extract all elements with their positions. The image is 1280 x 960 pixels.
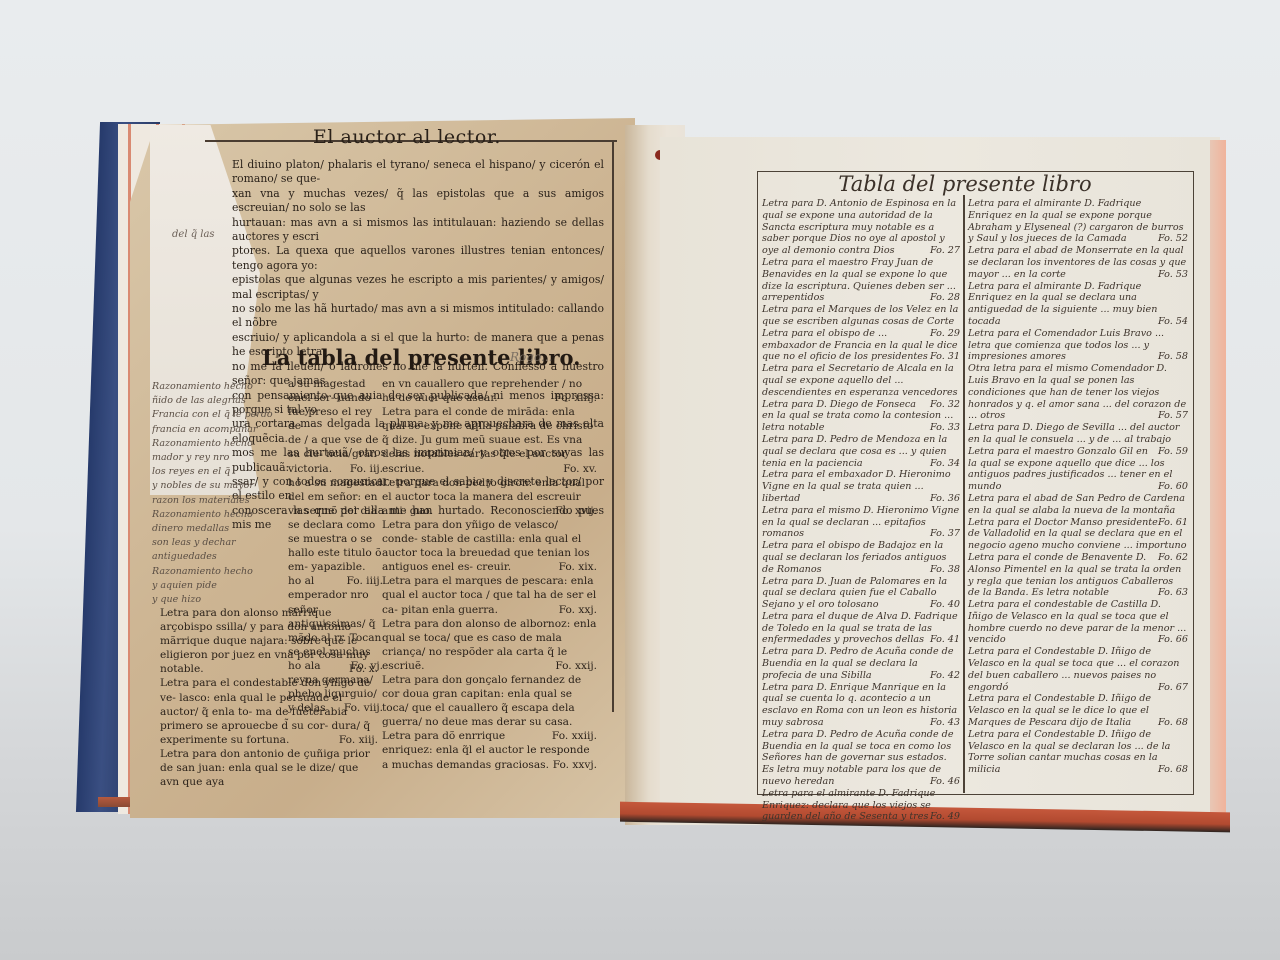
manuscript-column-2: Letra para el almirante D. Fadrique Enri… [968, 198, 1188, 776]
manuscript-entry: Letra para el embaxador D. Hieronimo Vig… [762, 469, 960, 504]
folio-number: Fo. xiij. [339, 733, 378, 747]
manuscript-title: Tabla del presente libro [800, 172, 1130, 196]
handwritten-line: mador y rey nro [152, 451, 287, 465]
handwritten-line: Razonamiento hecho [152, 380, 287, 394]
manuscript-entry: Letra para el Condestable D. Iñigo de Ve… [968, 693, 1188, 728]
manuscript-entry: Letra para el obispo de Badajoz en la qu… [762, 540, 960, 575]
toc-column-2: en vn cauallero que reprehender / no ha … [382, 377, 597, 772]
handwritten-line: los reyes en el q̃ [152, 465, 287, 479]
prologue-line: El diuino platon/ phalaris el tyrano/ se… [232, 158, 604, 187]
folio-number: Fo. 37 [930, 528, 960, 540]
folio-number: Fo. 68 [1158, 764, 1188, 776]
manuscript-entry: Letra para el abad de San Pedro de Carde… [968, 493, 1188, 517]
folio-number: Fo. xxvj. [553, 758, 597, 772]
manuscript-entry: Letra para el Condestable D. Iñigo de Ve… [968, 729, 1188, 776]
margin-note: del q̃ las [172, 229, 215, 240]
folio-number: Fo. 60 [1158, 481, 1188, 493]
folio-number: Fo. iij. [350, 462, 383, 476]
manuscript-entry: Letra para D. Pedro de Acuña conde de Bu… [762, 729, 960, 788]
folio-number: Fo. 67 [1158, 682, 1188, 694]
folio-number: Fo. 34 [930, 458, 960, 470]
manuscript-entry: Letra para el almirante D. Fadrique Enri… [968, 281, 1188, 328]
manuscript-entry: Letra para el almirante D. Fadrique Enri… [762, 788, 960, 823]
toc-entry: a su magestad enel ser- uando fue preso … [288, 377, 383, 433]
toc-entry: Letra para el conde de mirãda: enla qual… [382, 405, 597, 475]
handwritten-line: y aquien pide [152, 579, 287, 593]
folio-number: Fo. x. [349, 662, 378, 676]
toc-entry: Letra para don alonso mãrrique arçobispo… [160, 606, 378, 676]
folio-number: Fo. 28 [930, 292, 960, 304]
manuscript-entry: Otra letra para el mismo Comendador D. L… [968, 363, 1188, 422]
handwritten-line: son leas y dechar [152, 536, 287, 550]
folio-number: Fo. 54 [1158, 316, 1188, 328]
handwritten-line: y nobles de su mayor [152, 479, 287, 493]
toc-entry: Letra para el condestable don yñigo de v… [160, 676, 378, 746]
folio-number: Fo. 42 [930, 670, 960, 682]
toc-entry: en vn cauallero que reprehender / no ha … [382, 377, 597, 405]
manuscript-entry: Letra para el almirante D. Fadrique Enri… [968, 198, 1188, 245]
folio-number: Fo. 36 [930, 493, 960, 505]
folio-number: Fo. 49 [930, 811, 960, 823]
folio-number: Fo. 62 [1158, 552, 1188, 564]
heading-handwritten-note: Rogo... [510, 350, 552, 364]
folio-number: Fo. 66 [1158, 634, 1188, 646]
toc-entry: Letra para don alonso de albornoz: enla … [382, 617, 597, 673]
toc-column-1-lower: Letra para don alonso mãrrique arçobispo… [160, 606, 378, 789]
folio-number: Fo. xxij. [555, 659, 597, 673]
handwritten-line: francia en acompañar [152, 423, 287, 437]
manuscript-entry: Letra para D. Pedro de Mendoza en la qua… [762, 434, 960, 469]
open-book: del q̃ las El auctor al lector. El diuin… [0, 0, 1280, 960]
folio-number: Fo. 40 [930, 599, 960, 611]
handwritten-line: Razonamiento hecho [152, 437, 287, 451]
toc-entry: Letra para don yñigo de velasco/ conde- … [382, 518, 597, 574]
folio-number: Fo. xix. [559, 560, 597, 574]
toc-entry: de / a que vse de su cle- ncia gran vict… [288, 433, 383, 475]
handwritten-margin-notes: Razonamiento hecho ñido de las alegrias … [152, 380, 287, 607]
folio-number: Fo. xxj. [559, 603, 597, 617]
folio-number: Fo. 27 [930, 245, 960, 257]
prologue-line: hurtauan: mas avn a si mismos las intitu… [232, 216, 604, 245]
folio-number: Fo. iiij. [346, 574, 383, 588]
manuscript-column-1: Letra para D. Antonio de Espinosa en la … [762, 198, 960, 823]
folio-number: Fo. 52 [1158, 233, 1188, 245]
folio-number: Fo. 31 [930, 351, 960, 363]
folio-number: Fo. 38 [930, 564, 960, 576]
toc-entry: Letra para don gonçalo fernandez de cor … [382, 673, 597, 729]
manuscript-entry: Letra para D. Enrique Manrique en la qua… [762, 682, 960, 729]
handwritten-line: Razonamiento hecho [152, 565, 287, 579]
handwritten-line: ñido de las alegrias [152, 394, 287, 408]
prologue-line: no solo me las hã hurtado/ mas avn a si … [232, 302, 604, 331]
manuscript-entry: Letra para el condestable de Castilla D.… [968, 599, 1188, 646]
manuscript-entry: Letra para el Secretario de Alcala en la… [762, 363, 960, 398]
manuscript-entry: Letra para el mismo D. Hieronimo Vigne e… [762, 505, 960, 540]
folio-number: Fo. 61 [1158, 517, 1188, 529]
manuscript-column-divider [963, 195, 965, 793]
toc-entry: ho a su magestad del em señor: en vn ser… [288, 476, 383, 575]
handwritten-line: antiguedades [152, 550, 287, 564]
toc-entry: Letra para don pedro giron: enla qual el… [382, 476, 597, 518]
folio-number: Fo. 32 [930, 399, 960, 411]
manuscript-entry: Letra para el Comendador Luis Bravo ... … [968, 328, 1188, 363]
running-title: El auctor al lector. [313, 126, 501, 148]
folio-number: Fo. xiiij. [555, 391, 598, 405]
folio-number: Fo. xxiij. [552, 729, 597, 743]
folio-number: Fo. 33 [930, 422, 960, 434]
folio-number: Fo. 41 [930, 634, 960, 646]
folio-number: Fo. 59 [1158, 446, 1188, 458]
manuscript-entry: Letra para D. Juan de Palomares en la qu… [762, 576, 960, 611]
prologue-line: ptores. La quexa que aquellos varones il… [232, 244, 604, 273]
handwritten-line: Francia con el q̃ le perdo [152, 408, 287, 422]
folio-number: Fo. xvij. [555, 504, 597, 518]
page-edge-right [1210, 140, 1226, 830]
folio-number: Fo. xv. [563, 462, 597, 476]
manuscript-entry: Letra para D. Diego de Sevilla ... del a… [968, 422, 1188, 446]
toc-entry: Letra para don antonio de çuñiga prior d… [160, 747, 378, 789]
manuscript-entry: Letra para D. Antonio de Espinosa en la … [762, 198, 960, 257]
handwritten-line: dinero medallas [152, 522, 287, 536]
folio-number: Fo. 46 [930, 776, 960, 788]
manuscript-entry: Letra para el Marques de los Velez en la… [762, 304, 960, 328]
manuscript-entry: Letra para el Doctor Manso presidente de… [968, 517, 1188, 552]
folio-number: Fo. 57 [1158, 410, 1188, 422]
folio-number: Fo. 43 [930, 717, 960, 729]
manuscript-entry: Letra para D. Pedro de Acuña conde de Bu… [762, 646, 960, 681]
manuscript-entry: Letra para el abad de Monserrate en la q… [968, 245, 1188, 280]
handwritten-line: Razonamiento hecho [152, 508, 287, 522]
page-frame-right [612, 140, 614, 712]
prologue-line: xan vna y muchas vezes/ q̃ las epistolas… [232, 187, 604, 216]
manuscript-entry: Letra para el duque de Alva D. Fadrique … [762, 611, 960, 646]
manuscript-entry: Letra para el maestro Gonzalo Gil en la … [968, 446, 1188, 493]
folio-number: Fo. 63 [1158, 587, 1188, 599]
folio-number: Fo. 53 [1158, 269, 1188, 281]
folio-number: Fo. 29 [930, 328, 960, 340]
toc-entry: Letra para el marques de pescara: enla q… [382, 574, 597, 616]
prologue-line: epistolas que algunas vezes he escripto … [232, 273, 604, 302]
manuscript-entry: Letra para el conde de Benavente D. Alon… [968, 552, 1188, 599]
folio-number: Fo. 58 [1158, 351, 1188, 363]
folio-number: Fo. 68 [1158, 717, 1188, 729]
manuscript-entry: Letra para el maestro Fray Juan de Benav… [762, 257, 960, 304]
manuscript-entry: Letra para el Condestable D. Iñigo de Ve… [968, 646, 1188, 693]
handwritten-line: razon los materiales [152, 494, 287, 508]
